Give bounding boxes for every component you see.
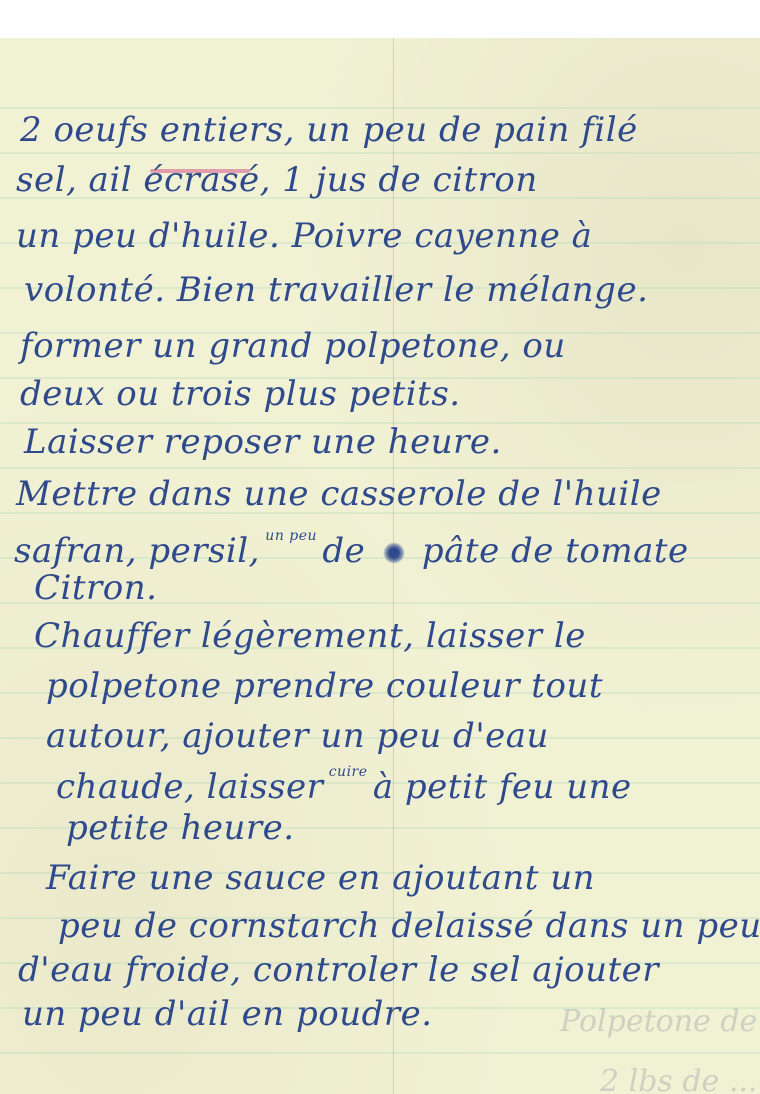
bleed-through-text: Polpetone de Poisson. xyxy=(560,1004,760,1039)
crossed-out-scribble xyxy=(383,542,405,564)
recipe-line: un peu d'huile. Poivre cayenne à xyxy=(16,216,592,256)
recipe-line: Mettre dans une casserole de l'huile xyxy=(16,474,662,514)
recipe-line: autour, ajouter un peu d'eau xyxy=(46,716,549,756)
recipe-line: Faire une sauce en ajoutant un xyxy=(46,858,595,898)
recipe-line: Chauffer légèrement, laisser le xyxy=(34,616,586,656)
recipe-line: Citron. xyxy=(34,568,157,608)
recipe-line-with-insert: chaude, laisser cuire à petit feu une xyxy=(56,764,632,807)
notebook-page: Polpetone de Poisson. 2 lbs de ... 2 oeu… xyxy=(0,38,760,1094)
recipe-line: peu de cornstarch delaissé dans un peu xyxy=(58,906,760,946)
recipe-line-with-insert: safran, persil, un peu de pâte de tomate xyxy=(14,528,689,571)
recipe-text: safran, persil, xyxy=(14,531,260,571)
recipe-line: d'eau froide, controler le sel ajouter xyxy=(18,950,659,990)
recipe-text: de xyxy=(322,531,365,571)
recipe-line: Laisser reposer une heure. xyxy=(24,422,502,462)
recipe-line: volonté. Bien travailler le mélange. xyxy=(24,270,648,310)
bleed-through-text: 2 lbs de ... xyxy=(600,1064,757,1094)
recipe-text: pâte de tomate xyxy=(422,531,689,571)
recipe-line: former un grand polpetone, ou xyxy=(20,326,566,366)
recipe-line: deux ou trois plus petits. xyxy=(20,374,461,414)
inserted-word: cuire xyxy=(329,764,368,780)
inserted-word: un peu xyxy=(265,528,317,544)
recipe-line: un peu d'ail en poudre. xyxy=(22,994,433,1034)
recipe-text: à petit feu une xyxy=(373,767,632,807)
recipe-line: 2 oeufs entiers, un peu de pain filé xyxy=(20,110,638,150)
recipe-line: polpetone prendre couleur tout xyxy=(46,666,603,706)
recipe-text: chaude, laisser xyxy=(56,767,323,807)
recipe-line: sel, ail écrasé, 1 jus de citron xyxy=(16,160,538,200)
recipe-line: petite heure. xyxy=(66,808,295,848)
